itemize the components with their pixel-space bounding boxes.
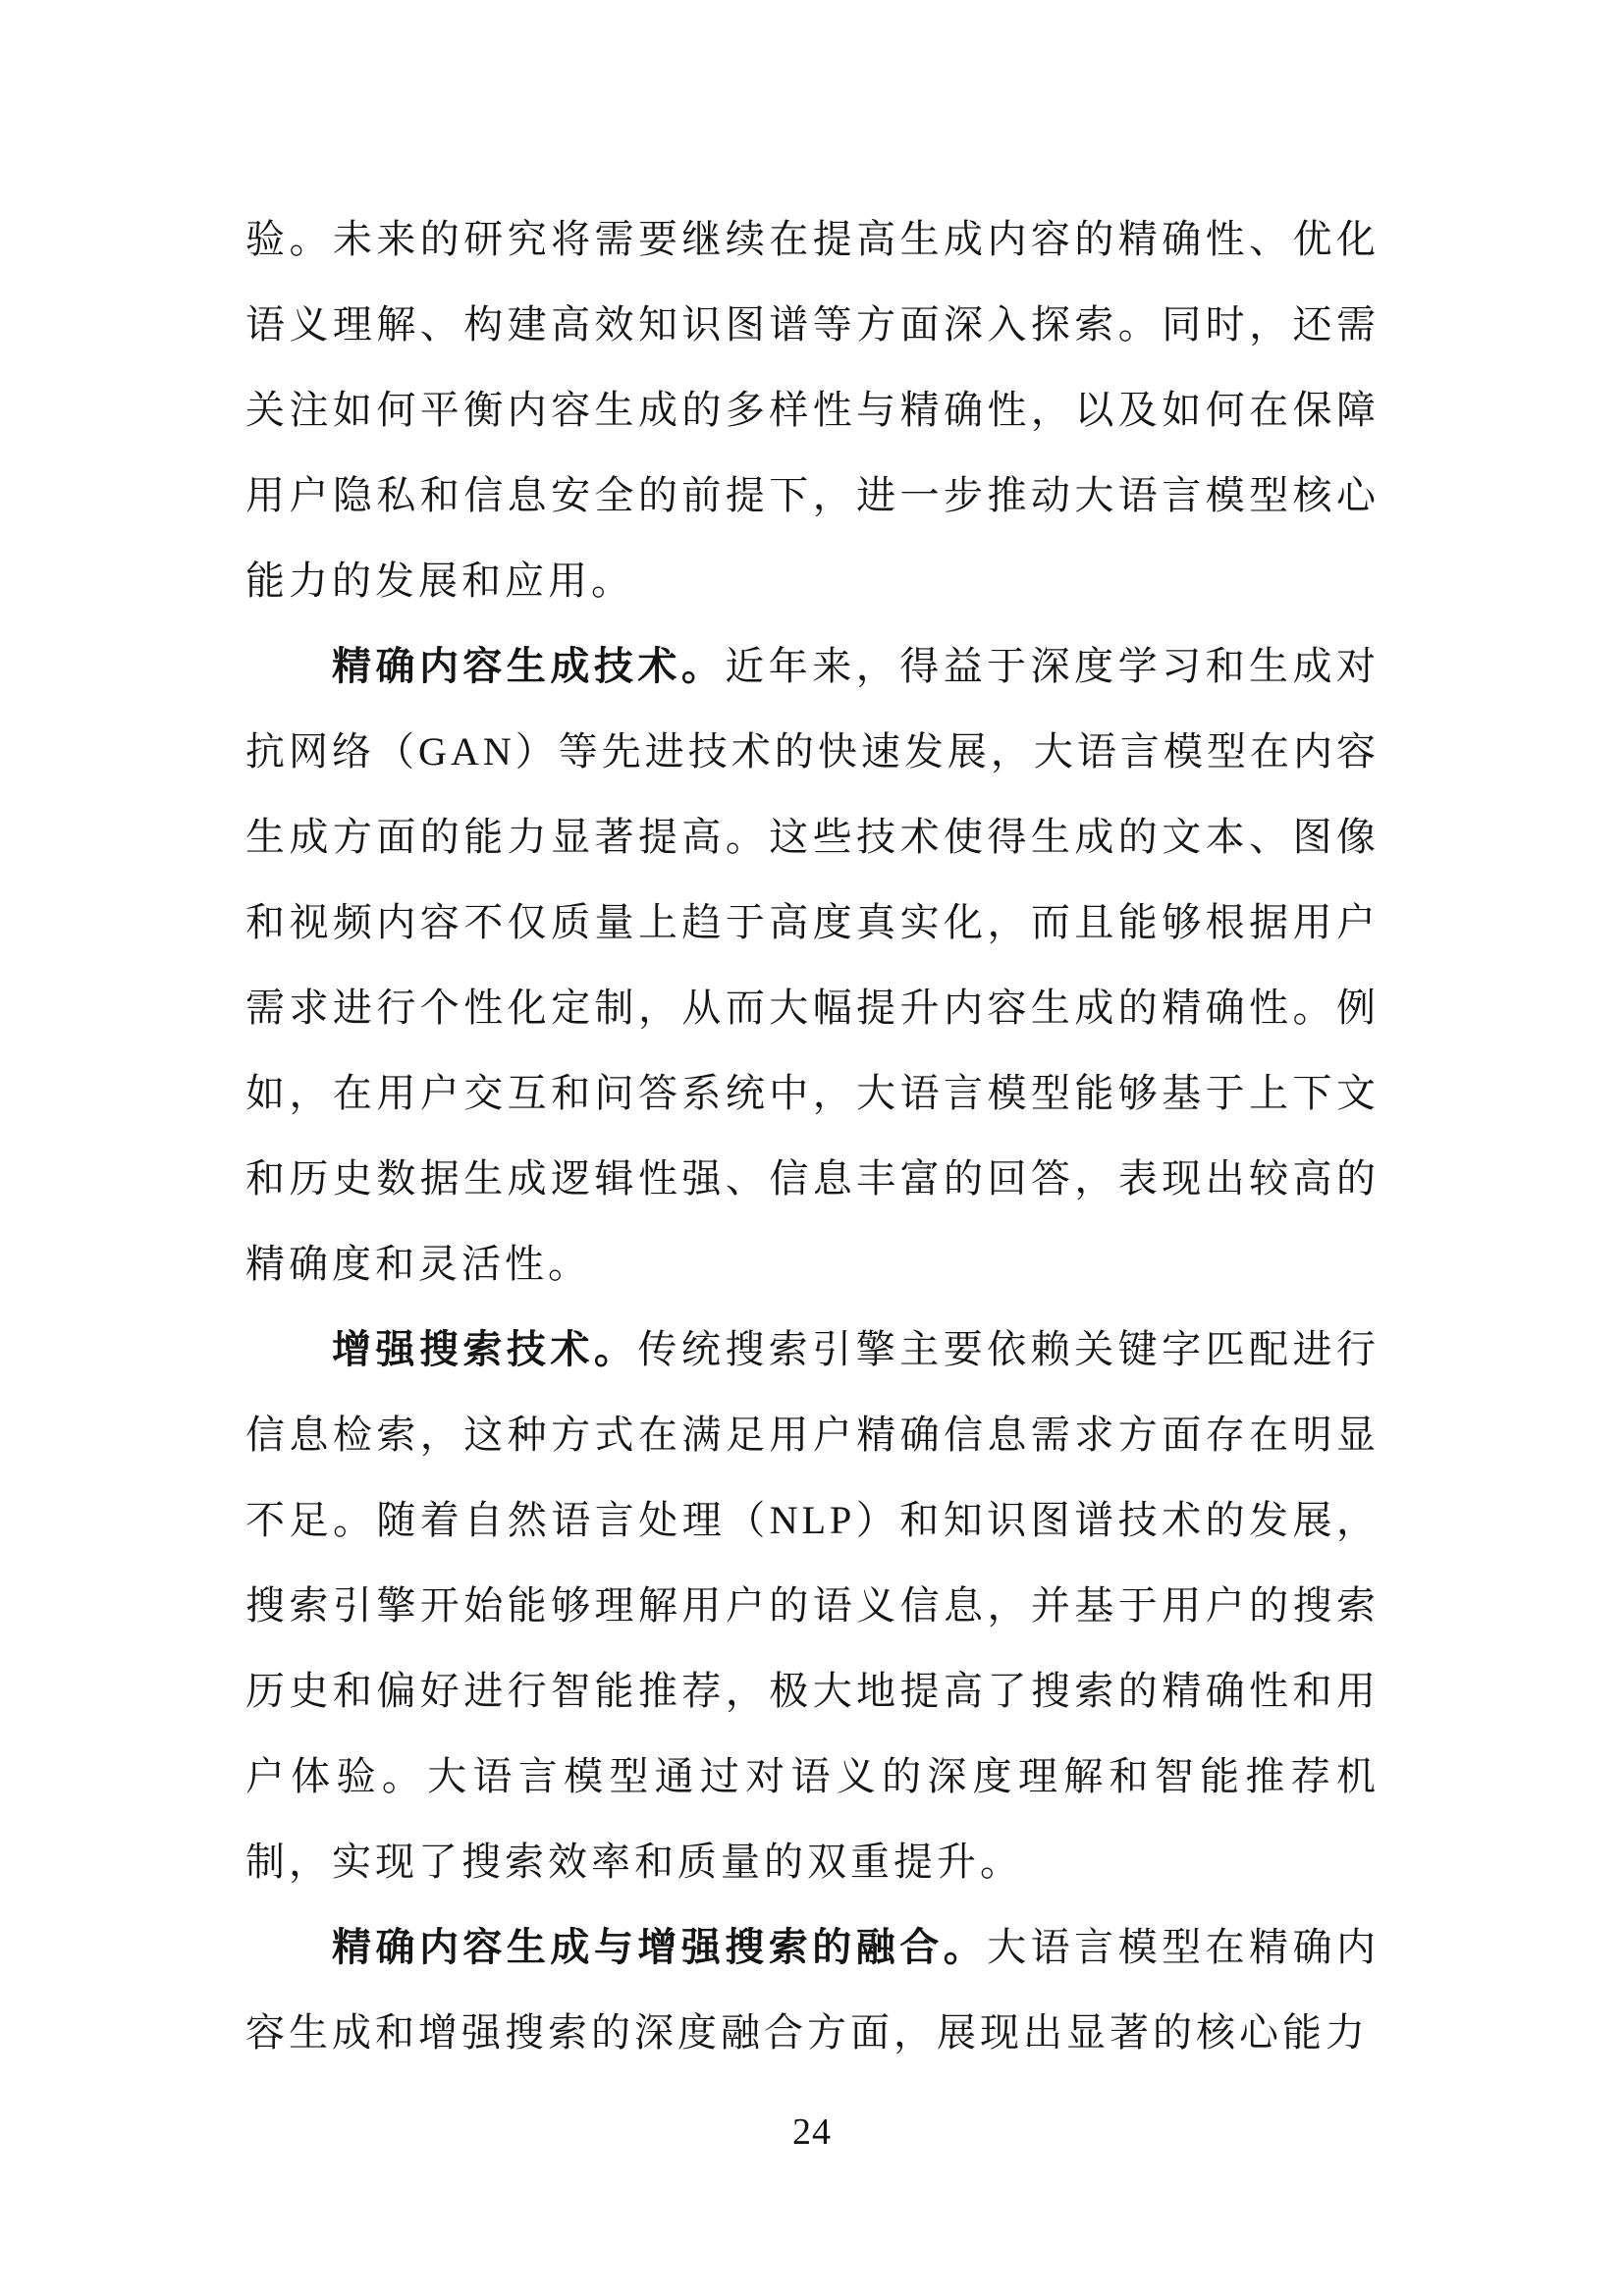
paragraph-lead: 精确内容生成与增强搜索的融合。	[332, 1925, 987, 1969]
paragraph-text: 传统搜索引擎主要依赖关键字匹配进行信息检索，这种方式在满足用户精确信息需求方面存…	[245, 1327, 1380, 1884]
paragraph-continuation: 验。未来的研究将需要继续在提高生成内容的精确性、优化语义理解、构建高效知识图谱等…	[245, 196, 1380, 623]
paragraph-lead: 增强搜索技术。	[332, 1327, 637, 1371]
document-page: 验。未来的研究将需要继续在提高生成内容的精确性、优化语义理解、构建高效知识图谱等…	[0, 0, 1624, 2296]
paragraph-lead: 精确内容生成技术。	[332, 644, 725, 688]
paragraph-fusion: 精确内容生成与增强搜索的融合。大语言模型在精确内容生成和增强搜索的深度融合方面，…	[245, 1904, 1380, 2075]
page-number: 24	[0, 2110, 1624, 2154]
paragraph-text: 验。未来的研究将需要继续在提高生成内容的精确性、优化语义理解、构建高效知识图谱等…	[245, 217, 1380, 603]
paragraph-enhanced-search: 增强搜索技术。传统搜索引擎主要依赖关键字匹配进行信息检索，这种方式在满足用户精确…	[245, 1307, 1380, 1904]
paragraph-precise-content-generation: 精确内容生成技术。近年来，得益于深度学习和生成对抗网络（GAN）等先进技术的快速…	[245, 623, 1380, 1307]
paragraph-text: 近年来，得益于深度学习和生成对抗网络（GAN）等先进技术的快速发展，大语言模型在…	[245, 644, 1380, 1286]
body-text: 验。未来的研究将需要继续在提高生成内容的精确性、优化语义理解、构建高效知识图谱等…	[245, 196, 1380, 2075]
